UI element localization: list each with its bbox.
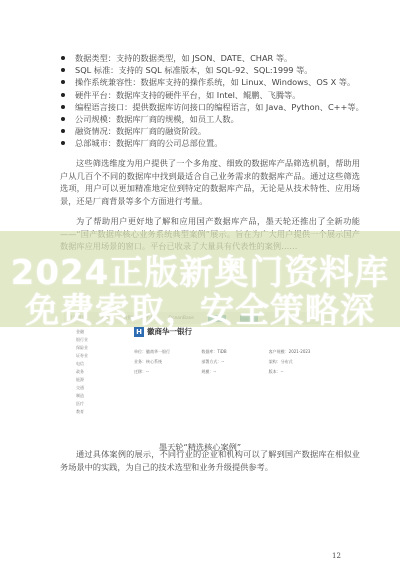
category-tree: 金融 银行业 保险业 证券业 电信 政务 能源 交通 制造 医疗 教育 (68, 328, 114, 416)
field: 业务：核心系统 (134, 359, 195, 365)
document-page: 数据类型：支持的数据类型，如 JSON、DATE、CHAR 等。 SQL 标准：… (0, 0, 400, 565)
tree-item: 制造 (68, 392, 114, 400)
list-item: 编程语言接口：提供数据库访问接口的编程语言，如 Java、Python、C++等… (60, 101, 370, 113)
case-detail: H 徽商华一银行 单位：徽商华一银行 数据库：TiDB 客户规模：2021-20… (134, 326, 330, 375)
field: 数据库：TiDB (201, 349, 262, 355)
field: 版本：-- (269, 369, 330, 375)
page-number: 12 (332, 552, 341, 560)
case-fields: 单位：徽商华一银行 数据库：TiDB 客户规模：2021-2023 业务：核心系… (134, 349, 330, 375)
list-item: 公司规模：数据库厂商的规模，如员工人数。 (60, 113, 370, 125)
tree-item: 交通 (68, 384, 114, 392)
tree-item: 能源 (68, 376, 114, 384)
tree-item: 保险业 (68, 344, 114, 352)
feature-list: 数据类型：支持的数据类型，如 JSON、DATE、CHAR 等。 SQL 标准：… (60, 52, 370, 150)
field: 规模：-- (201, 369, 262, 375)
field: 架构：分布式 (269, 359, 330, 365)
field: 单位：徽商华一银行 (134, 349, 195, 355)
list-item: 融资情况：数据库厂商的融资阶段。 (60, 125, 370, 137)
field: 迁移：-- (134, 369, 195, 375)
field: 客户规模：2021-2023 (269, 349, 330, 355)
field: 部署方式：-- (201, 359, 262, 365)
list-item: 操作系统兼容性：数据库支持的操作系统，如 Linux、Windows、OS X … (60, 76, 370, 88)
list-item: SQL 标准：支持的 SQL 标准版本，如 SQL-92、SQL:1999 等。 (60, 64, 370, 76)
tree-item: 政务 (68, 368, 114, 376)
list-item: 硬件平台：数据库支持的硬件平台，如 Intel、鲲鹏、飞腾等。 (60, 89, 370, 101)
tree-item: 医疗 (68, 400, 114, 408)
tree-item: 电信 (68, 360, 114, 368)
banner-subtitle: 免费索取，安全策略深 (0, 283, 400, 332)
list-item: 数据类型：支持的数据类型，如 JSON、DATE、CHAR 等。 (60, 52, 370, 64)
list-item: 总部城市：数据库厂商的公司总部位置。 (60, 137, 370, 149)
paragraph-summary: 通过具体案例的展示，不同行业的企业和机构可以了解到国产数据库在相似业务场景中的实… (60, 448, 360, 473)
tree-item: 银行业 (68, 336, 114, 344)
tree-item: 证券业 (68, 352, 114, 360)
paragraph-filters: 这些筛选维度为用户提供了一个多角度、细致的数据库产品筛选机制，帮助用户从几百个不… (60, 157, 360, 207)
tree-item: 教育 (68, 408, 114, 416)
